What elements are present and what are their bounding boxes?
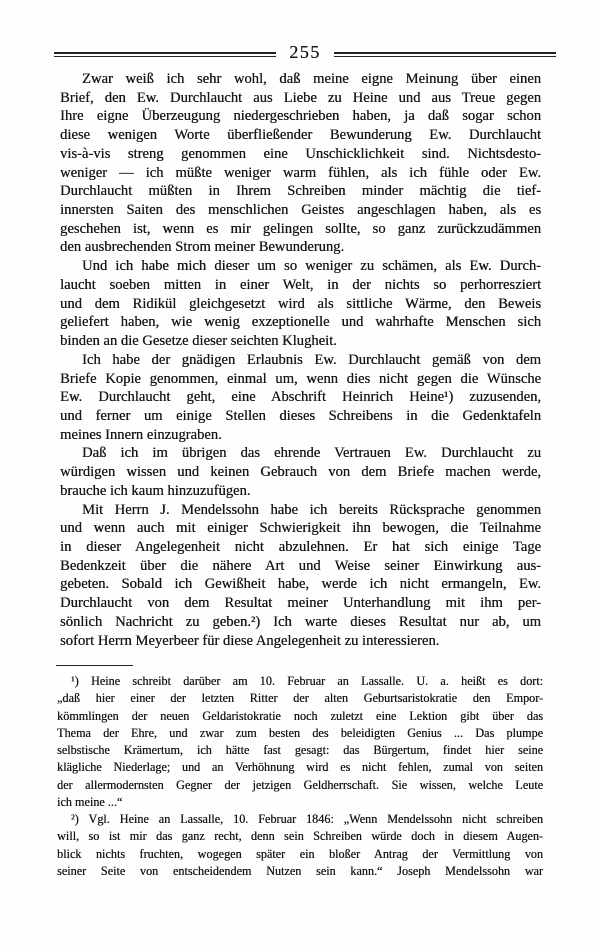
text-line: diese wenigen Worte überfließender Bewun…: [60, 126, 541, 145]
text-line: selbstische Krämertum, ich hätte fast ge…: [57, 742, 543, 759]
page-number: 255: [276, 42, 334, 63]
text-line: würdigen wissen und keinen Gebrauch von …: [60, 463, 541, 482]
text-line: blick nichts fruchten, wogegen später ei…: [57, 846, 543, 863]
paragraph: Ich habe der gnädigen Erlaubnis Ew. Durc…: [60, 351, 541, 445]
text-line: kömmlingen der neuen Geldaristokratie no…: [57, 708, 543, 725]
text-line: Und ich habe mich dieser um so weniger z…: [60, 257, 541, 276]
text-line: Durchlaucht müßten in Ihrem Schreiben mi…: [60, 182, 541, 201]
scanned-book-page: 255 Zwar weiß ich sehr wohl, daß meine e…: [0, 0, 600, 947]
text-line: meines Innern einzugraben.: [60, 426, 541, 445]
header-rule-left: [54, 52, 276, 57]
text-line: Ihre eigne Überzeugung niedergeschrieben…: [60, 107, 541, 126]
text-line: und wenn auch mit einiger Schwierigkeit …: [60, 519, 541, 538]
body-text: Zwar weiß ich sehr wohl, daß meine eigne…: [60, 70, 541, 650]
text-line: Zwar weiß ich sehr wohl, daß meine eigne…: [60, 70, 541, 89]
text-line: seiner Seite von entscheidendem Nutzen s…: [57, 863, 543, 880]
text-line: sofort Herrn Meyerbeer für diese Angeleg…: [60, 632, 541, 651]
text-line: geschehen ist, wenn es mir gelingen soll…: [60, 220, 541, 239]
text-line: Briefe Kopie genommen, einmal um, wenn d…: [60, 370, 541, 389]
text-line: binden an die Gesetze dieser seichten Kl…: [60, 332, 541, 351]
text-line: Ew. Durchlaucht geht, eine Abschrift Hei…: [60, 388, 541, 407]
footnote: ²) Vgl. Heine an Lassalle, 10. Februar 1…: [57, 811, 543, 880]
text-line: innersten Saiten des menschlichen Geiste…: [60, 201, 541, 220]
text-line: in dieser Angelegenheit nicht abzulehnen…: [60, 538, 541, 557]
text-line: sönlich Nachricht zu geben.²) Ich warte …: [60, 613, 541, 632]
text-line: Bedenkzeit über die nähere Art und Weise…: [60, 557, 541, 576]
text-line: vis-à-vis streng genommen eine Unschickl…: [60, 145, 541, 164]
footnote-separator: [56, 665, 133, 666]
paragraph: Und ich habe mich dieser um so weniger z…: [60, 257, 541, 351]
text-line: der allermodernsten Gegner der jetzigen …: [57, 777, 543, 794]
text-line: gebeten. Sobald ich Gewißheit habe, werd…: [60, 575, 541, 594]
text-line: Daß ich im übrigen das ehrende Vertrauen…: [60, 444, 541, 463]
paragraph: Mit Herrn J. Mendelssohn habe ich bereit…: [60, 501, 541, 651]
text-line: und dem Ridikül gleichgesetzt wird als s…: [60, 295, 541, 314]
text-line: ²) Vgl. Heine an Lassalle, 10. Februar 1…: [57, 811, 543, 828]
text-line: klägliche Niederlage; und an Verhöhnung …: [57, 759, 543, 776]
footnotes: ¹) Heine schreibt darüber am 10. Februar…: [57, 673, 543, 880]
text-line: laucht soeben mitten in einer Welt, in d…: [60, 276, 541, 295]
text-line: will, so ist mir das ganz recht, denn se…: [57, 828, 543, 845]
paragraph: Daß ich im übrigen das ehrende Vertrauen…: [60, 444, 541, 500]
text-line: ¹) Heine schreibt darüber am 10. Februar…: [57, 673, 543, 690]
footnote: ¹) Heine schreibt darüber am 10. Februar…: [57, 673, 543, 811]
text-line: den ausbrechenden Strom meiner Bewunderu…: [60, 238, 541, 257]
text-line: ich meine ...“: [57, 794, 543, 811]
header-rule-right: [334, 52, 556, 57]
text-line: geliefert haben, wie wenig exzeptionelle…: [60, 313, 541, 332]
text-line: Mit Herrn J. Mendelssohn habe ich bereit…: [60, 501, 541, 520]
paragraph: Zwar weiß ich sehr wohl, daß meine eigne…: [60, 70, 541, 257]
running-head: 255: [54, 44, 556, 65]
text-line: Brief, den Ew. Durchlaucht aus Liebe zu …: [60, 89, 541, 108]
text-line: Thema der Ehre, und zwar zum besten des …: [57, 725, 543, 742]
text-line: und ferner um einige Stellen dieses Schr…: [60, 407, 541, 426]
text-line: Durchlaucht von dem Resultat meiner Unte…: [60, 594, 541, 613]
text-line: brauche ich kaum hinzuzufügen.: [60, 482, 541, 501]
text-line: Ich habe der gnädigen Erlaubnis Ew. Durc…: [60, 351, 541, 370]
text-line: „daß hier einer der letzten Ritter der a…: [57, 690, 543, 707]
text-line: weniger — ich müßte weniger warm fühlen,…: [60, 164, 541, 183]
